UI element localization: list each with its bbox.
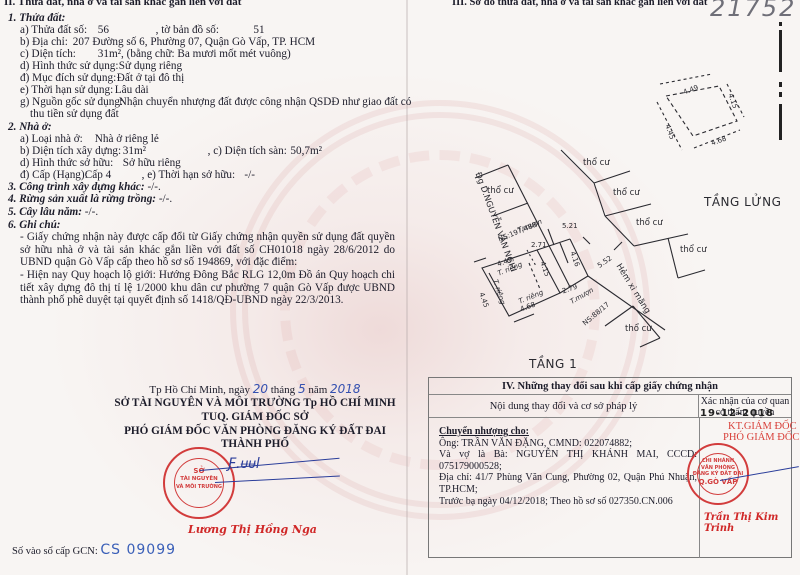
stamp-line-3: VÀ MÔI TRƯỜNG (165, 483, 233, 491)
perennial-label: 5. Cây lâu năm: (8, 206, 82, 218)
branch-seal-stamp: CHI NHÁNH VĂN PHÒNG ĐĂNG KÝ ĐẤT ĐAI Q.GÒ… (687, 443, 749, 505)
kt-giam-doc: KT.GIÁM ĐỐC (728, 421, 797, 432)
grade: Cấp 4 (85, 169, 139, 182)
purpose: Đất ở tại đô thị (117, 72, 184, 84)
other-works-row: 3. Công trình xây dựng khác: -/-. (8, 181, 161, 194)
gcn-value: CS 09099 (100, 542, 176, 558)
address-row: b) Địa chỉ: 207 Đường số 6, Phường 07, Q… (20, 36, 315, 49)
sign-date: Tp Hồ Chí Minh, ngày 20 tháng 5 năm 2018 (95, 383, 415, 397)
built-area-row: b) Diện tích xây dựng: 31m² , c) Diện tí… (20, 145, 322, 158)
month-label: tháng (271, 384, 295, 396)
area-label: c) Diện tích: (20, 48, 95, 61)
tuq-line: TUQ. GIÁM ĐỐC SỞ (95, 411, 415, 424)
date-day: 20 (253, 382, 268, 396)
entry-line-4: Trước bạ ngày 04/12/2018; Theo hồ sơ số … (439, 496, 697, 508)
grade-row: đ) Cấp (Hạng): Cấp 4 , e) Thời hạn sở hữ… (20, 169, 255, 182)
confirm-date: 19-12-2018 (700, 408, 774, 419)
year-label: năm (308, 384, 327, 396)
built-area-label: b) Diện tích xây dựng: (20, 145, 120, 158)
parcel-row: a) Thửa đất số: 56 , tờ bản đồ số: 51 (20, 24, 265, 37)
gcn-label: Số vào sổ cấp GCN: (12, 546, 98, 557)
address-label: b) Địa chỉ: (20, 36, 70, 49)
perennial-value: -/-. (85, 206, 98, 218)
notes-heading: 6. Ghi chú: (8, 219, 61, 232)
certificate-page: II. Thửa đất, nhà ở và tài sản khác gắn … (0, 0, 800, 575)
page-fold (406, 0, 408, 575)
grade-label: đ) Cấp (Hạng): (20, 169, 82, 182)
stamp-line-4: Q.GÒ VẤP (689, 479, 747, 486)
ownership-row: d) Hình thức sở hữu: Sở hữu riêng (20, 157, 181, 170)
parcel-no: 56 (98, 24, 153, 37)
pho-giam-doc: PHÓ GIÁM ĐỐC (723, 432, 799, 443)
signer-position: PHÓ GIÁM ĐỐC VĂN PHÒNG ĐĂNG KÝ ĐẤT ĐAI T… (105, 425, 405, 450)
date-month: 5 (298, 382, 306, 396)
signer-name: Lương Thị Hồng Nga (188, 524, 317, 537)
land-heading: 1. Thửa đất: (8, 12, 65, 25)
built-area: 31m² (123, 145, 205, 158)
gcn-register: Số vào sổ cấp GCN: CS 09099 (12, 544, 176, 559)
change-entry: Chuyển nhượng cho: Ông: TRẦN VĂN ĐẶNG, C… (439, 426, 697, 507)
term-row: e) Thời hạn sử dụng: Lâu dài (20, 84, 149, 97)
entry-line-2: Và vợ là Bà: NGUYỄN THỊ KHÁNH MAI, CCCD:… (439, 449, 697, 472)
entry-line-3: Địa chỉ: 41/7 Phùng Văn Cung, Phường 02,… (439, 472, 697, 495)
area-row: c) Diện tích: 31m², (bằng chữ: Ba mươi m… (20, 48, 291, 61)
origin-label: g) Nguồn gốc sử dụng: (20, 96, 116, 109)
north-arrow-icon (778, 22, 782, 114)
forest-label: 4. Rừng sản xuất là rừng trồng: (8, 193, 156, 205)
ownership: Sở hữu riêng (123, 157, 181, 169)
note-1: - Giấy chứng nhận này được cấp đổi từ Gi… (20, 231, 395, 269)
use-form-row: d) Hình thức sử dụng: Sử dụng riêng (20, 60, 182, 73)
floor-area-label: , c) Diện tích sàn: (208, 145, 288, 158)
signature-scribble: Ƒ.ᵾᵾl (228, 458, 260, 471)
floor-area: 50,7m² (290, 145, 322, 157)
section-ii-title: II. Thửa đất, nhà ở và tài sản khác gắn … (4, 0, 241, 9)
ownership-label: d) Hình thức sở hữu: (20, 157, 120, 170)
forest-value: -/-. (159, 193, 172, 205)
use-form: Sử dụng riêng (119, 60, 182, 72)
own-term: -/- (244, 169, 255, 181)
col-content-header: Nội dung thay đổi và cơ sở pháp lý (429, 395, 699, 418)
origin-row: g) Nguồn gốc sử dụng: Nhận chuyển nhượng… (20, 96, 411, 109)
house-type: Nhà ở riêng lẻ (95, 133, 159, 145)
other-works-label: 3. Công trình xây dựng khác: (8, 181, 145, 193)
own-term-label: , e) Thời hạn sở hữu: (142, 169, 242, 182)
entry-line-1: Ông: TRẦN VĂN ĐẶNG, CMND: 022074882; (439, 438, 697, 450)
origin-cont: thu tiền sử dụng đất (30, 108, 119, 121)
perennial-row: 5. Cây lâu năm: -/-. (8, 206, 98, 219)
purpose-row: đ) Mục đích sử dụng: Đất ở tại đô thị (20, 72, 184, 85)
confirm-signer-name: Trần Thị Kim Trinh (704, 512, 800, 534)
house-type-row: a) Loại nhà ở: Nhà ở riêng lẻ (20, 133, 159, 146)
origin: Nhận chuyển nhượng đất được công nhận QS… (119, 96, 412, 108)
entry-heading: Chuyển nhượng cho: (439, 426, 697, 438)
handwritten-reference: 21752 (710, 0, 796, 22)
note-2: - Hiện nay Quy hoạch lộ giới: Hướng Đông… (20, 269, 395, 307)
other-works-value: -/-. (147, 181, 160, 193)
left-page: II. Thửa đất, nhà ở và tài sản khác gắn … (0, 0, 405, 575)
area: 31m², (bằng chữ: Ba mươi mốt mét vuông) (98, 48, 291, 60)
house-type-label: a) Loại nhà ở: (20, 133, 92, 146)
parcel-no-label: a) Thửa đất số: (20, 24, 95, 37)
issuing-org: SỞ TÀI NGUYÊN VÀ MÔI TRƯỜNG Tp HỒ CHÍ MI… (95, 397, 415, 410)
date-prefix: Tp Hồ Chí Minh, ngày (149, 384, 250, 396)
seal-stamp: SỞ TÀI NGUYÊN VÀ MÔI TRƯỜNG (163, 447, 235, 519)
use-form-label: d) Hình thức sử dụng: (20, 60, 116, 73)
address: 207 Đường số 6, Phường 07, Quận Gò Vấp, … (73, 36, 315, 48)
map-sheet-label: , tờ bản đồ số: (156, 24, 251, 37)
house-heading: 2. Nhà ở: (8, 121, 52, 134)
forest-row: 4. Rừng sản xuất là rừng trồng: -/-. (8, 193, 172, 206)
section-iii-title: III. Sơ đồ thửa đất, nhà ở và tài sản kh… (452, 0, 707, 8)
term: Lâu dài (115, 84, 149, 96)
term-label: e) Thời hạn sử dụng: (20, 84, 112, 97)
date-year: 2018 (330, 382, 361, 396)
changes-title: IV. Những thay đổi sau khi cấp giấy chứn… (429, 378, 791, 395)
map-sheet: 51 (253, 24, 264, 36)
purpose-label: đ) Mục đích sử dụng: (20, 72, 114, 85)
